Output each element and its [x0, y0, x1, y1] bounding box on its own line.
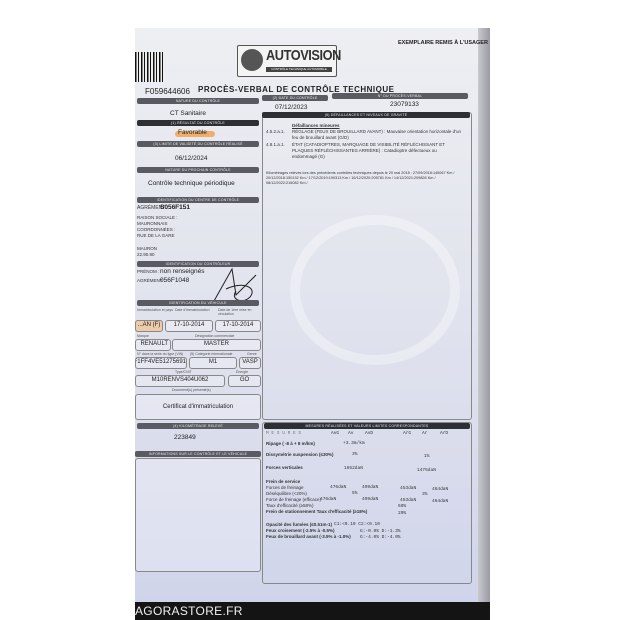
first-reg-value: 17-10-2014	[165, 320, 213, 332]
immat-value: ...AN (F)	[135, 320, 163, 332]
nature-label: NATURE DU CONTRÔLE	[137, 98, 259, 104]
centre-agrement: S056F151	[160, 204, 190, 211]
forces-av: 1652daN	[344, 466, 363, 472]
dissym-av: 3%	[352, 452, 357, 458]
validity-label: (3) LIMITE DE VALIDITÉ DU CONTRÔLE RÉALI…	[137, 141, 259, 147]
opacite-value: C1:<0.10 C2:<0.10	[334, 522, 380, 528]
efficace-avg: 476daN	[320, 497, 336, 503]
brand-name: AUTOVISION	[266, 47, 341, 64]
autovision-logo: AUTOVISION CONTRÔLE TECHNIQUE AUTOMOBILE	[237, 45, 337, 77]
controleur-prenom: non renseignés	[160, 268, 204, 275]
info-box	[135, 458, 261, 572]
pv-label: N° DU PROCÈS-VERBAL	[332, 93, 468, 99]
freinage-avd: 499daN	[362, 485, 378, 491]
pv-number: 23079133	[390, 101, 419, 108]
date-label: (2) DATE DU CONTRÔLE	[262, 95, 328, 101]
mileage-value: 223849	[174, 434, 196, 441]
nature-value: CT Sanitaire	[170, 110, 206, 117]
watermark-text: AGORASTORE.FR	[135, 604, 243, 618]
genre-value: VASP	[239, 357, 261, 369]
col-avg: AvG	[331, 431, 339, 437]
ripage-value: +3.3m/km	[343, 441, 365, 447]
col-avd: AvD	[365, 431, 373, 437]
dissym-ar: 1%	[424, 454, 429, 460]
brouillard-value: G:-4.0% D:-4.0%	[360, 535, 401, 541]
brouillard-label: Feux de brouillard avant (-3.5% à -1.0%)	[266, 534, 351, 540]
desequilibre-av: 5%	[352, 491, 357, 497]
next-control-label: NATURE DU PROCHAIN CONTRÔLE	[137, 167, 259, 173]
document-number: F059644606	[145, 87, 190, 96]
next-control-value: Contrôle technique périodique	[148, 180, 235, 187]
taux-value: 60%	[398, 504, 406, 510]
desequilibre-ar: 3%	[422, 492, 427, 498]
copy-label: EXEMPLAIRE REMIS À L'USAGER	[398, 40, 488, 46]
signature	[212, 265, 260, 305]
model-label: Désignation commerciale	[195, 334, 234, 338]
mileage-history: Kilométrages relevés lors des précédents…	[266, 171, 466, 186]
doc-value: Certificat d'immatriculation	[135, 394, 261, 420]
doc-label: Document(s) présenté(s)	[172, 388, 211, 392]
defect-text: ÉTAT (CATADIOPTRES, MARQUAGE DE VISIBILI…	[292, 142, 462, 160]
centre-line: RUE DE LA GARE	[137, 233, 175, 239]
car-emblem-icon	[241, 49, 263, 71]
centre-label: IDENTIFICATION DU CENTRE DE CONTRÔLE	[137, 197, 259, 203]
controleur-agrement: 056F1048	[160, 277, 189, 284]
energy-label: Énergie	[236, 370, 248, 374]
dissym-label: Dissymétrie suspension (≤30%)	[266, 452, 334, 458]
stationnement-label: Frein de stationnement Taux d'efficacité…	[266, 509, 367, 515]
defect-text: RÉGLAGE (FEUX DE BROUILLARD AVANT) : Mau…	[292, 129, 462, 141]
vehicle-label: IDENTIFICATION DU VÉHICULE	[137, 300, 259, 306]
barcode	[135, 52, 165, 82]
col-av: Av	[348, 431, 353, 437]
first-in-service-label: Date de 1ère mise en circulation	[218, 308, 260, 316]
stationnement-value: 20%	[398, 511, 406, 517]
model-value: MASTER	[172, 339, 261, 351]
efficace-avd: 499daN	[362, 497, 378, 503]
centre-line: 22.90.90	[137, 252, 155, 258]
defects-label: (6) DÉFAILLANCES ET NIVEAUX DE GRAVITÉ	[262, 112, 470, 118]
forces-ar: 1475daN	[417, 468, 436, 474]
watermark-emblem-icon	[290, 215, 460, 365]
type-label: Type/CNIT	[175, 370, 192, 374]
ripage-label: Ripage ( -8 à + 8 m/km)	[266, 441, 315, 447]
col-mesures: M E S U R E S	[266, 431, 301, 437]
category-label: (5) Catégorie internationale	[190, 352, 232, 356]
freinage-arg: 453daN	[400, 486, 416, 492]
page-shadow	[478, 28, 490, 608]
make-value: RENAULT	[135, 339, 171, 351]
col-arg: ArG	[403, 431, 411, 437]
brand-subtitle: CONTRÔLE TECHNIQUE AUTOMOBILE	[266, 67, 332, 72]
date-value: 07/12/2023	[275, 104, 308, 111]
result-label: (1) RÉSULTAT DU CONTRÔLE	[137, 120, 259, 126]
freinage-avg: 476daN	[330, 485, 346, 491]
validity-value: 06/12/2024	[175, 155, 208, 162]
energy-value: GO	[228, 375, 261, 387]
type-value: M10RENVS404U062	[135, 375, 225, 387]
vin-value: VF1FF4VE51275691	[135, 357, 187, 369]
freinage-ard: 464daN	[432, 487, 448, 493]
col-ar: Ar	[422, 431, 427, 437]
defect-code: 4.5.2.a.1.	[266, 129, 285, 135]
result-value: Favorable	[178, 129, 207, 136]
first-reg-label: Date d'immatriculation	[175, 308, 210, 312]
category-value: M1	[189, 357, 237, 369]
controleur-prenom-label: PRÉNOM :	[137, 269, 159, 275]
info-label: INFORMATIONS SUR LE CONTRÔLE ET LE VÉHIC…	[135, 451, 261, 457]
mileage-label: (4) KILOMÉTRAGE RELEVÉ	[137, 423, 259, 429]
col-ard: ArD	[440, 431, 448, 437]
measures-label: MESURES RÉALISÉES ET VALEURS LIMITES COR…	[264, 423, 470, 429]
first-in-service-value: 17-10-2014	[215, 320, 261, 332]
immat-label: Immatriculation et pays	[137, 308, 173, 312]
forces-label: Forces verticales	[266, 465, 303, 471]
efficace-ard: 464daN	[432, 499, 448, 505]
genre-label: Genre	[247, 352, 257, 356]
vin-label: N° dans la série du type (VIN)	[137, 352, 183, 356]
defect-code: 4.8.1.a.1.	[266, 142, 285, 148]
make-label: Marque	[137, 334, 149, 338]
